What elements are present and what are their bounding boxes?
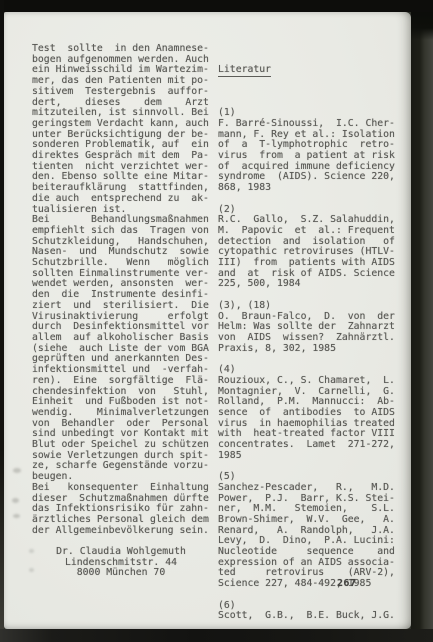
left-text-column: Test sollte in den Anamnese-bogen aufgen… [32, 44, 210, 536]
text-line: der Allgemeinbevölkerung sein. [32, 526, 210, 537]
scan-smudge [29, 568, 34, 572]
scan-smudge [29, 549, 34, 553]
text-line: Bei konsequenter Einhaltung [32, 483, 210, 494]
document-page: Test sollte in den Anamnese-bogen aufgen… [4, 12, 411, 629]
text-line: ziert und sterilisiert. Die [32, 301, 210, 312]
text-line: sence of antibodies to AIDS [218, 408, 396, 419]
text-line: 868, 1983 [218, 183, 396, 194]
text-line: sitivem Testergebnis auffor- [32, 87, 210, 98]
text-line: Rouzioux, C., S. Chamaret, L. [218, 376, 396, 387]
text-line: die auch entsprechend zu ak- [32, 194, 210, 205]
text-line: (3), (18) [218, 301, 396, 312]
text-line [218, 194, 396, 205]
reference-list: (1)F. Barré-Sinoussi, I.C. Cher-mann, F.… [218, 98, 396, 622]
text-line: Sanchez-Pescader, R., M.D. [218, 483, 396, 494]
text-line: ren). Eine sorgfältige Flä- [32, 376, 210, 387]
text-line: wendig. Minimalverletzungen [32, 408, 210, 419]
text-line [218, 461, 396, 472]
photo-background-right [411, 0, 433, 642]
text-line: 8000 München 70 [32, 568, 210, 579]
text-line: Scott, G.B., B.E. Buck, J.G. [218, 611, 396, 622]
text-line: 225, 500, 1984 [218, 279, 396, 290]
photo-border-top [0, 0, 433, 12]
scan-smudge [13, 514, 20, 518]
literatur-heading: Literatur [218, 65, 396, 76]
text-line [218, 98, 396, 109]
text-line: 1985 [218, 451, 396, 462]
author-address: Dr. Claudia WohlgemuthLindenschmitstr. 4… [32, 547, 210, 579]
page-number: 267 [337, 578, 356, 589]
text-line [218, 354, 396, 365]
text-line [218, 590, 396, 601]
text-line: Praxis, 8, 302, 1985 [218, 344, 396, 355]
text-line: concentrates. Lamet 271-272, [218, 440, 396, 451]
literatur-heading-text: Literatur [218, 64, 271, 77]
scan-smudge [13, 468, 21, 473]
scan-smudge [12, 498, 19, 503]
right-text-column: Literatur (1)F. Barré-Sinoussi, I.C. Che… [218, 44, 396, 642]
text-line: Science 227, 484-492, 1985 [218, 579, 396, 590]
